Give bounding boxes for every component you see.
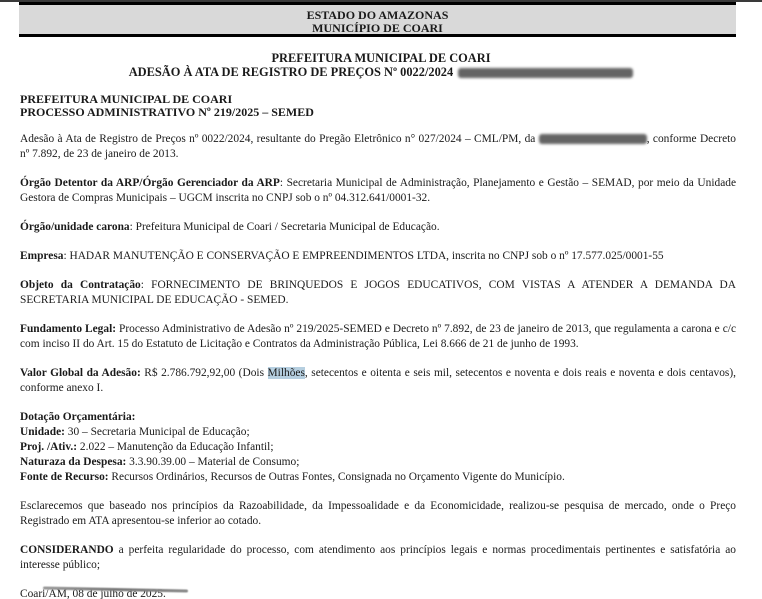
dotacao-section: Dotação Orçamentária: Unidade: 30 – Secr… — [20, 410, 736, 485]
document-body: PREFEITURA MUNICIPAL DE COARI PROCESSO A… — [20, 93, 736, 599]
orgao-detentor-label: Órgão Detentor da ARP/Órgão Gerenciador … — [20, 177, 280, 189]
considerando-label: CONSIDERANDO — [20, 544, 114, 556]
dotacao-item: Fonte de Recurso: Recursos Ordinários, R… — [20, 470, 736, 485]
valor-text-before: R$ 2.786.792,92,00 (Dois — [141, 367, 268, 379]
subheading-line-2: PROCESSO ADMINISTRATIVO Nº 219/2025 – SE… — [20, 106, 736, 119]
redacted-text — [458, 68, 633, 78]
esclarecemos-paragraph: Esclarecemos que baseado nos princípios … — [20, 499, 736, 529]
dotacao-item-text: 3.3.90.39.00 – Material de Consumo; — [126, 456, 299, 468]
header-municipality: MUNICÍPIO DE COARI — [19, 22, 736, 35]
orgao-carona-text: : Prefeitura Municipal de Coari / Secret… — [130, 221, 440, 233]
orgao-carona-paragraph: Órgão/unidade carona: Prefeitura Municip… — [20, 220, 736, 235]
title-line-2-text: ADESÃO À ATA DE REGISTRO DE PREÇOS Nº 00… — [129, 65, 453, 79]
fundamento-paragraph: Fundamento Legal: Processo Administrativ… — [20, 322, 736, 352]
valor-paragraph: Valor Global da Adesão: R$ 2.786.792,92,… — [20, 366, 736, 396]
considerando-paragraph: CONSIDERANDO a perfeita regularidade do … — [20, 543, 736, 573]
redacted-text — [539, 134, 647, 144]
dotacao-item-label: Naturaza da Despesa: — [20, 456, 126, 468]
dotacao-item-label: Proj. /Ativ.: — [20, 441, 77, 453]
document-header: ESTADO DO AMAZONAS MUNICÍPIO DE COARI — [19, 2, 736, 37]
empresa-label: Empresa — [20, 250, 63, 262]
fundamento-text: Processo Administrativo de Adesão nº 219… — [20, 323, 736, 350]
objeto-paragraph: Objeto da Contratação: FORNECIMENTO DE B… — [20, 278, 736, 308]
dotacao-title: Dotação Orçamentária: — [20, 411, 135, 423]
intro-text-before: Adesão à Ata de Registro de Preços nº 00… — [20, 133, 539, 145]
orgao-carona-label: Órgão/unidade carona — [20, 221, 130, 233]
considerando-text: a perfeita regularidade do processo, com… — [20, 544, 736, 571]
title-line-1: PREFEITURA MUNICIPAL DE COARI — [0, 51, 762, 65]
valor-label: Valor Global da Adesão: — [20, 367, 141, 379]
empresa-paragraph: Empresa: HADAR MANUTENÇÃO E CONSERVAÇÃO … — [20, 249, 736, 264]
fundamento-label: Fundamento Legal: — [20, 323, 116, 335]
orgao-detentor-paragraph: Órgão Detentor da ARP/Órgão Gerenciador … — [20, 176, 736, 206]
dotacao-item: Unidade: 30 – Secretaria Municipal de Ed… — [20, 425, 736, 440]
dotacao-item-label: Unidade: — [20, 426, 65, 438]
dotacao-item: Naturaza da Despesa: 3.3.90.39.00 – Mate… — [20, 455, 736, 470]
dotacao-item-text: Recursos Ordinários, Recursos de Outras … — [109, 471, 565, 483]
dotacao-item: Proj. /Ativ.: 2.022 – Manutenção da Educ… — [20, 440, 736, 455]
subheading: PREFEITURA MUNICIPAL DE COARI PROCESSO A… — [20, 93, 736, 119]
selected-text-highlight[interactable]: Milhões — [268, 367, 305, 379]
dotacao-item-text: 30 – Secretaria Municipal de Educação; — [65, 426, 250, 438]
empresa-text: : HADAR MANUTENÇÃO E CONSERVAÇÃO E EMPRE… — [63, 250, 663, 262]
document-title: PREFEITURA MUNICIPAL DE COARI ADESÃO À A… — [0, 51, 762, 79]
title-line-2: ADESÃO À ATA DE REGISTRO DE PREÇOS Nº 00… — [0, 65, 762, 79]
dotacao-item-label: Fonte de Recurso: — [20, 471, 109, 483]
intro-paragraph: Adesão à Ata de Registro de Preços nº 00… — [20, 132, 736, 162]
objeto-label: Objeto da Contratação — [20, 279, 141, 291]
dotacao-item-text: 2.022 – Manutenção da Educação Infantil; — [77, 441, 273, 453]
